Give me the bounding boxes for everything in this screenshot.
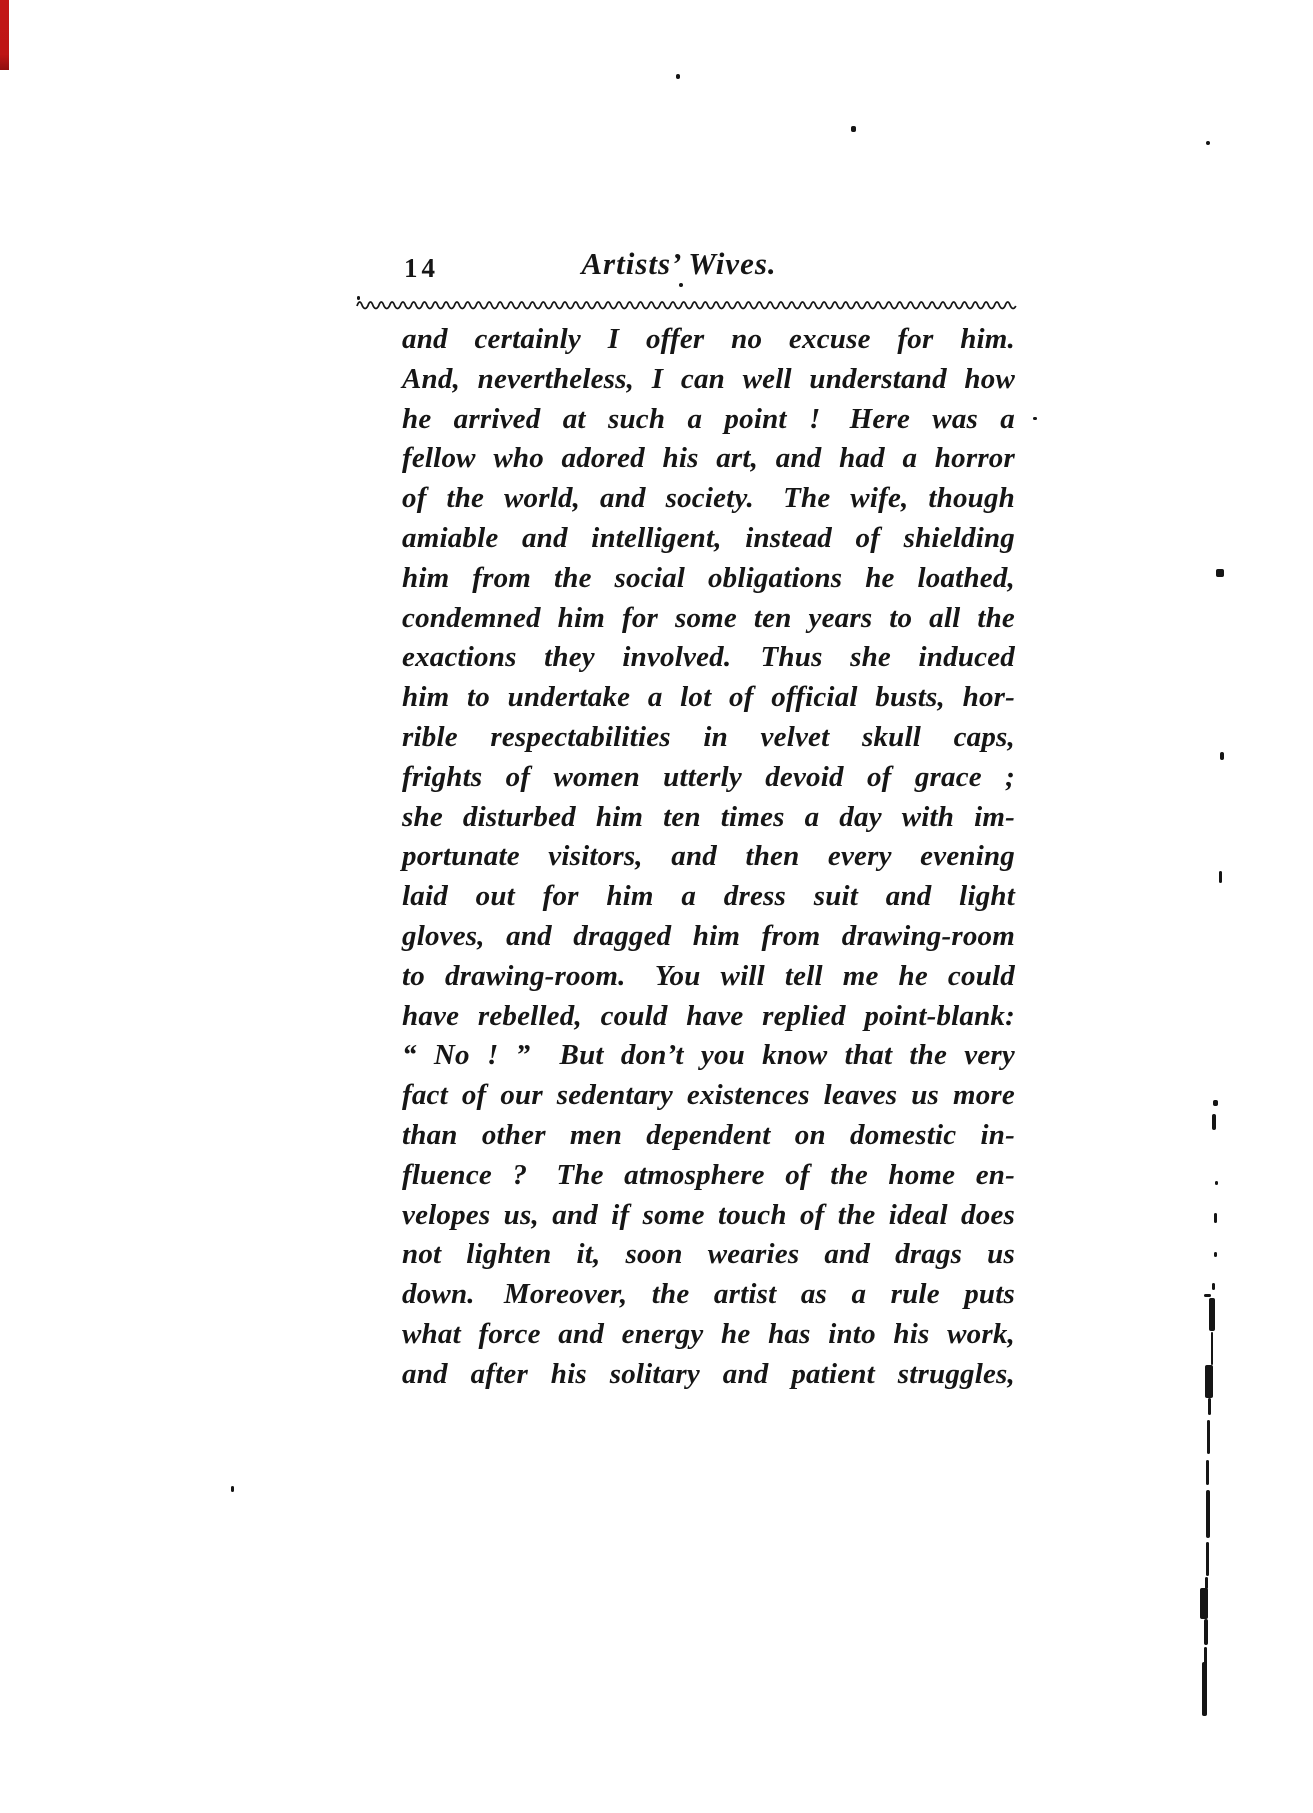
text-line: And, nevertheless, I can well understand… — [402, 360, 1015, 400]
ink-speck — [1208, 1398, 1211, 1415]
ink-speck — [1206, 1542, 1209, 1576]
text-line: rible respectabilities in velvet skull c… — [402, 718, 1015, 758]
ink-speck — [1205, 1365, 1213, 1398]
ink-speck — [1215, 1181, 1218, 1185]
ink-speck — [1211, 1332, 1213, 1365]
ink-speck — [231, 1486, 234, 1492]
ink-speck — [1216, 569, 1224, 577]
text-line: not lighten it, soon wearies and drags u… — [402, 1235, 1015, 1275]
text-line: portunate visitors, and then every eveni… — [402, 837, 1015, 877]
text-line: him to undertake a lot of official busts… — [402, 678, 1015, 718]
ink-speck — [1202, 1662, 1207, 1716]
ink-speck — [851, 126, 856, 132]
ink-speck — [1207, 1420, 1210, 1454]
text-line: frights of women utterly devoid of grace… — [402, 758, 1015, 798]
ink-speck — [1213, 1100, 1218, 1106]
running-title: Artists’ Wives. — [373, 246, 985, 282]
text-line: fact of our sedentary existences leaves … — [402, 1076, 1015, 1116]
body-text: and certainly I offer no excuse for him.… — [402, 320, 1015, 1395]
text-line: and certainly I offer no excuse for him. — [402, 320, 1015, 360]
ink-speck — [1033, 417, 1037, 420]
text-line: what force and energy he has into his wo… — [402, 1315, 1015, 1355]
text-line: him from the social obligations he loath… — [402, 559, 1015, 599]
text-line: fluence ? The atmosphere of the home en- — [402, 1156, 1015, 1196]
ink-speck — [1209, 1298, 1215, 1331]
text-line: fellow who adored his art, and had a hor… — [402, 439, 1015, 479]
text-line: she disturbed him ten times a day with i… — [402, 798, 1015, 838]
text-line: to drawing-room. You will tell me he cou… — [402, 957, 1015, 997]
red-margin-mark — [0, 0, 9, 70]
text-line: condemned him for some ten years to all … — [402, 599, 1015, 639]
ink-speck — [679, 283, 683, 287]
ink-speck — [357, 296, 360, 300]
ink-speck — [1204, 1294, 1211, 1297]
text-line: have rebelled, could have replied point-… — [402, 997, 1015, 1037]
book-page-scan: 14 Artists’ Wives. and certainly I offer… — [0, 0, 1313, 1813]
ink-speck — [1219, 871, 1222, 883]
ink-speck — [1214, 1213, 1217, 1223]
text-line: exactions they involved. Thus she induce… — [402, 638, 1015, 678]
text-line: gloves, and dragged him from drawing-roo… — [402, 917, 1015, 957]
ink-speck — [1212, 1114, 1216, 1130]
ink-speck — [1206, 1490, 1210, 1538]
text-line: he arrived at such a point ! Here was a — [402, 400, 1015, 440]
ink-speck — [1204, 1619, 1208, 1645]
text-line: down. Moreover, the artist as a rule put… — [402, 1275, 1015, 1315]
text-line: amiable and intelligent, instead of shie… — [402, 519, 1015, 559]
ink-speck — [1220, 752, 1224, 760]
squiggle-rule-ornament — [356, 297, 1018, 311]
ink-speck — [1206, 1460, 1209, 1485]
ink-speck — [1214, 1252, 1217, 1257]
ink-speck — [1200, 1588, 1208, 1619]
ink-speck — [676, 74, 680, 79]
text-line: than other men dependent on domestic in- — [402, 1116, 1015, 1156]
ink-speck — [1206, 141, 1210, 145]
text-line: “ No ! ” But don’t you know that the ver… — [402, 1036, 1015, 1076]
text-line: laid out for him a dress suit and light — [402, 877, 1015, 917]
text-line: of the world, and society. The wife, tho… — [402, 479, 1015, 519]
text-line: and after his solitary and patient strug… — [402, 1355, 1015, 1395]
ink-speck — [1212, 1283, 1215, 1290]
text-line: velopes us, and if some touch of the ide… — [402, 1196, 1015, 1236]
